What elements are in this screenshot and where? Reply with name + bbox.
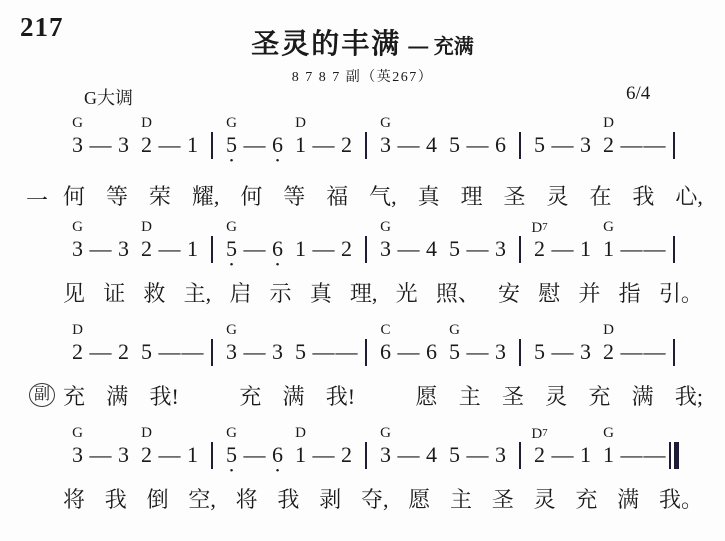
note: 5 [443, 115, 466, 167]
note: 3 [112, 219, 135, 271]
note: 4 [420, 425, 443, 477]
barline [512, 219, 528, 271]
note: 2 [335, 219, 358, 271]
chord-label: G [72, 425, 83, 442]
note: G3 [374, 115, 397, 167]
chord-label: D [295, 115, 306, 132]
duration-dash: — [243, 425, 266, 477]
page-title: 圣灵的丰满— 充满 [0, 22, 725, 62]
duration-dash: — [158, 115, 181, 167]
note: 5 [443, 425, 466, 477]
note: 5 [289, 322, 312, 374]
duration-dash: — [466, 425, 489, 477]
music-line: D2—25——G3—35——C6—6G5—35—3D2—— [66, 322, 682, 374]
duration-dash: — [158, 322, 181, 374]
barline [204, 322, 220, 374]
duration-dash: — [312, 322, 335, 374]
chord-label: G [72, 115, 83, 132]
note: 3 [112, 115, 135, 167]
chord-label: D [141, 115, 152, 132]
duration-dash: — [620, 115, 643, 167]
lyric-line: 见证救主,启示真理,光照、安慰并指引。 [0, 280, 725, 310]
note: 5 [443, 219, 466, 271]
lyric-cells: 何等荣耀,何等福气,真理圣灵在我心, [63, 183, 703, 211]
duration-dash: — [397, 115, 420, 167]
note: 5 [135, 322, 158, 374]
note: 6• [266, 219, 289, 271]
barline [666, 322, 682, 374]
note: 1 [289, 219, 312, 271]
lyric-syllable: 我 [632, 183, 654, 211]
duration-dash: — [551, 219, 574, 271]
barline [512, 425, 528, 477]
chord-label: D [141, 219, 152, 236]
barline [358, 322, 374, 374]
refrain-marker: 副 [29, 383, 55, 407]
barline [512, 322, 528, 374]
title-main: 圣灵的丰满 [251, 28, 401, 59]
lyric-spacer [376, 383, 394, 411]
duration-dash: — [335, 322, 358, 374]
note: 2 [112, 322, 135, 374]
note: 2 [335, 115, 358, 167]
note: G3 [374, 425, 397, 477]
note: D2 [597, 115, 620, 167]
lyric-cells: 见证救主,启示真理,光照、安慰并指引。 [63, 280, 703, 308]
note: 4 [420, 219, 443, 271]
chord-seventh: 7 [542, 221, 548, 233]
lyric-syllable: 气, [369, 183, 397, 211]
duration-dash: — [643, 115, 666, 167]
note: 1 [574, 219, 597, 271]
lyric-syllable: 圣 [492, 486, 514, 514]
chord-label: G [226, 322, 237, 339]
lyric-cells: 将我倒空,将我剥夺,愿主圣灵充满我。 [63, 486, 703, 514]
note: D2 [135, 425, 158, 477]
duration-dash: — [620, 219, 643, 271]
lyric-syllable: 灵 [546, 183, 568, 211]
note: 3 [489, 322, 512, 374]
note: D2 [597, 322, 620, 374]
chord-label: D [72, 322, 83, 339]
lyric-syllable: 见 [63, 280, 85, 308]
duration-dash: — [312, 425, 335, 477]
lyric-syllable: 何 [63, 183, 85, 211]
duration-dash: — [158, 425, 181, 477]
final-barline [666, 425, 682, 477]
duration-dash: — [551, 115, 574, 167]
barline [358, 219, 374, 271]
duration-dash: — [466, 219, 489, 271]
note: 5 [528, 115, 551, 167]
lyric-syllable: 心, [675, 183, 703, 211]
lyric-line: 将我倒空,将我剥夺,愿主圣灵充满我。 [0, 486, 725, 516]
lyric-syllable: 我; [675, 383, 703, 411]
duration-dash: — [643, 219, 666, 271]
lyric-syllable: 我 [105, 486, 127, 514]
lyric-line: 副充满我!充满我!愿主圣灵充满我; [0, 383, 725, 413]
lyric-syllable: 我。 [659, 486, 703, 514]
octave-dot: • [230, 158, 234, 167]
duration-dash: — [643, 425, 666, 477]
key-signature: G大调 [84, 84, 133, 110]
lyric-syllable: 剥 [319, 486, 341, 514]
lyric-syllable: 充 [63, 383, 85, 411]
lyric-syllable: 何 [240, 183, 262, 211]
octave-dot: • [276, 158, 280, 167]
duration-dash: — [312, 219, 335, 271]
lyric-syllable: 充 [575, 486, 597, 514]
note: 1 [181, 425, 204, 477]
chord-label: G [449, 322, 460, 339]
lyric-syllable: 启 [229, 280, 251, 308]
note: G5• [220, 219, 243, 271]
note: 3 [266, 322, 289, 374]
duration-dash: — [397, 425, 420, 477]
lyric-syllable: 我! [326, 383, 355, 411]
lyric-syllable: 将 [63, 486, 85, 514]
barline [358, 115, 374, 167]
note: 1 [181, 115, 204, 167]
octave-dot: • [230, 262, 234, 271]
lyric-syllable: 证 [103, 280, 125, 308]
chord-label: D [141, 425, 152, 442]
note: 5 [528, 322, 551, 374]
note: 6• [266, 425, 289, 477]
music-line: G3—3D2—1G5•—6•D1—2G3—45—65—3D2—— [66, 115, 682, 167]
chord-label: G [380, 219, 391, 236]
octave-dot: • [230, 468, 234, 477]
note: 3 [112, 425, 135, 477]
chord-label: D [295, 425, 306, 442]
note: G3 [66, 115, 89, 167]
note: G1 [597, 219, 620, 271]
duration-dash: — [312, 115, 335, 167]
note: G3 [66, 219, 89, 271]
note: 3 [489, 425, 512, 477]
note: 6• [266, 115, 289, 167]
lyric-syllable: 主 [450, 486, 472, 514]
lyric-syllable: 满 [282, 383, 304, 411]
barline [666, 115, 682, 167]
octave-dot: • [276, 468, 280, 477]
duration-dash: — [89, 115, 112, 167]
lyric-syllable: 空, [188, 486, 216, 514]
note: G3 [220, 322, 243, 374]
duration-dash: — [620, 322, 643, 374]
lyric-syllable: 耀, [192, 183, 220, 211]
title-suffix: — 充满 [408, 36, 474, 58]
lyric-spacer [200, 383, 218, 411]
barline [204, 219, 220, 271]
chord-seventh: 7 [542, 427, 548, 439]
note: 1 [574, 425, 597, 477]
lyric-syllable: 等 [106, 183, 128, 211]
verse-marker: 一 [26, 184, 48, 215]
chord-label: G [380, 425, 391, 442]
lyric-syllable: 理, [350, 280, 378, 308]
lyric-syllable: 福 [326, 183, 348, 211]
lyric-syllable: 等 [283, 183, 305, 211]
note: G5• [220, 425, 243, 477]
barline [358, 425, 374, 477]
barline [666, 219, 682, 271]
lyric-syllable: 真 [310, 280, 332, 308]
duration-dash: — [466, 115, 489, 167]
lyric-syllable: 灵 [534, 486, 556, 514]
note: 3 [489, 219, 512, 271]
lyric-syllable: 充 [239, 383, 261, 411]
lyric-syllable: 主, [184, 280, 212, 308]
duration-dash: — [181, 322, 204, 374]
lyric-syllable: 真 [418, 183, 440, 211]
note: G5• [220, 115, 243, 167]
lyric-syllable: 并 [578, 280, 600, 308]
lyric-syllable: 理 [461, 183, 483, 211]
lyric-syllable: 充 [588, 383, 610, 411]
duration-dash: — [643, 322, 666, 374]
duration-dash: — [243, 322, 266, 374]
time-signature: 6/4 [626, 83, 650, 105]
note: D72 [528, 219, 551, 271]
lyric-syllable: 主 [459, 383, 481, 411]
lyric-syllable: 灵 [545, 383, 567, 411]
duration-dash: — [243, 219, 266, 271]
lyric-syllable: 满 [632, 383, 654, 411]
barline [204, 425, 220, 477]
note: D2 [135, 219, 158, 271]
chord-label: D [603, 115, 614, 132]
lyric-syllable: 指 [619, 280, 641, 308]
chord-label: C [380, 322, 390, 339]
chord-label: G [226, 425, 237, 442]
note: G3 [374, 219, 397, 271]
lyric-line: 一何等荣耀,何等福气,真理圣灵在我心, [0, 183, 725, 213]
chord-label: G [603, 425, 614, 442]
chord-label: D7 [531, 425, 547, 442]
duration-dash: — [551, 425, 574, 477]
lyric-syllable: 夺, [361, 486, 389, 514]
music-line: G3—3D2—1G5•—6•D1—2G3—45—3D72—1G1—— [66, 425, 682, 477]
barline [512, 115, 528, 167]
note: 6 [489, 115, 512, 167]
lyric-syllable: 满 [617, 486, 639, 514]
lyric-syllable: 圣 [502, 383, 524, 411]
music-line: G3—3D2—1G5•—6•1—2G3—45—3D72—1G1—— [66, 219, 682, 271]
lyric-syllable: 在 [589, 183, 611, 211]
note: G1 [597, 425, 620, 477]
lyric-syllable: 愿 [408, 486, 430, 514]
duration-dash: — [89, 322, 112, 374]
note: 3 [574, 115, 597, 167]
lyric-syllable: 倒 [147, 486, 169, 514]
lyric-cells: 充满我!充满我!愿主圣灵充满我; [63, 383, 703, 411]
note: D72 [528, 425, 551, 477]
duration-dash: — [243, 115, 266, 167]
chord-label: D7 [531, 219, 547, 236]
note: C6 [374, 322, 397, 374]
lyric-syllable: 救 [143, 280, 165, 308]
note: 1 [181, 219, 204, 271]
duration-dash: — [158, 219, 181, 271]
meter-line: 8 7 8 7 副（英267） [0, 66, 725, 86]
note: G5 [443, 322, 466, 374]
note: D1 [289, 425, 312, 477]
note: 6 [420, 322, 443, 374]
octave-dot: • [276, 262, 280, 271]
note: 4 [420, 115, 443, 167]
duration-dash: — [89, 425, 112, 477]
note: 3 [574, 322, 597, 374]
chord-label: G [72, 219, 83, 236]
chord-label: G [226, 115, 237, 132]
barline [204, 115, 220, 167]
duration-dash: — [397, 322, 420, 374]
lyric-syllable: 满 [106, 383, 128, 411]
note: G3 [66, 425, 89, 477]
lyric-syllable: 慰 [538, 280, 560, 308]
lyric-syllable: 示 [270, 280, 292, 308]
note: D1 [289, 115, 312, 167]
chord-label: D [603, 322, 614, 339]
lyric-syllable: 荣 [149, 183, 171, 211]
duration-dash: — [551, 322, 574, 374]
lyric-syllable: 我! [149, 383, 178, 411]
lyric-syllable: 安 [498, 280, 520, 308]
note: D2 [66, 322, 89, 374]
chord-label: G [603, 219, 614, 236]
duration-dash: — [466, 322, 489, 374]
lyric-syllable: 愿 [415, 383, 437, 411]
lyric-syllable: 我 [277, 486, 299, 514]
lyric-syllable: 照、 [436, 280, 480, 308]
lyric-syllable: 光 [396, 280, 418, 308]
duration-dash: — [89, 219, 112, 271]
note: D2 [135, 115, 158, 167]
lyric-syllable: 圣 [504, 183, 526, 211]
chord-label: G [380, 115, 391, 132]
note: 2 [335, 425, 358, 477]
lyric-syllable: 引。 [659, 280, 703, 308]
duration-dash: — [397, 219, 420, 271]
lyric-syllable: 将 [236, 486, 258, 514]
chord-label: G [226, 219, 237, 236]
hymn-sheet-page: 217 圣灵的丰满— 充满 8 7 8 7 副（英267） G大调 6/4 G3… [0, 0, 725, 541]
duration-dash: — [620, 425, 643, 477]
